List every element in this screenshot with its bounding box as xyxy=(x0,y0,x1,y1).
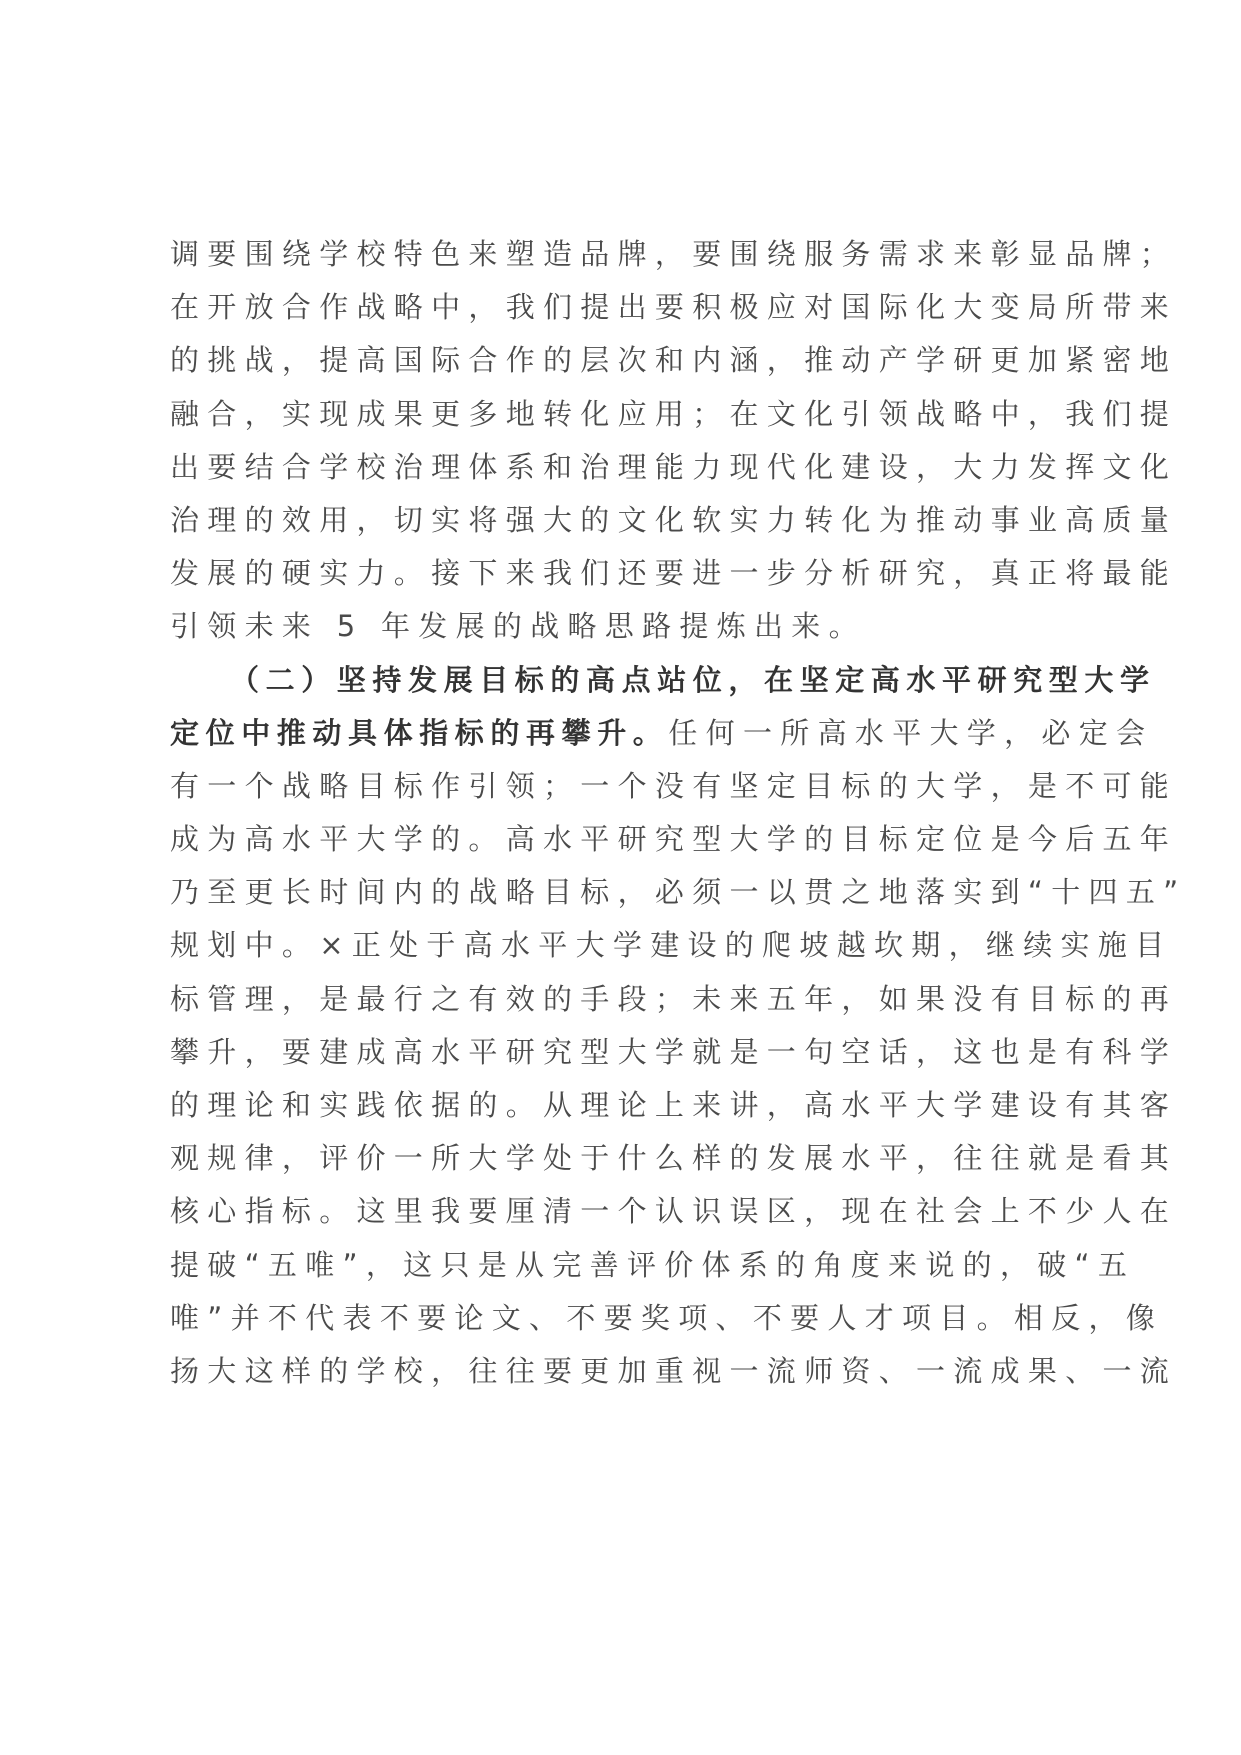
text-line: 的挑战，提高国际合作的层次和内涵，推动产学研更加紧密地 xyxy=(170,342,1080,395)
text-line: 融合，实现成果更多地转化应用；在文化引领战略中，我们提 xyxy=(170,396,1080,449)
text-line: 乃至更长时间内的战略目标，必须一以贯之地落实到“十四五” xyxy=(170,874,1080,927)
section-heading: （二）坚持发展目标的高点站位，在坚定高水平研究型大学 xyxy=(170,662,1080,715)
text-line: 在开放合作战略中，我们提出要积极应对国际化大变局所带来 xyxy=(170,289,1080,342)
text-line: 提破“五唯”，这只是从完善评价体系的角度来说的，破“五 xyxy=(170,1247,1080,1300)
section-heading-continued: 定位中推动具体指标的再攀升。 xyxy=(170,716,668,750)
text-line: 核心指标。这里我要厘清一个认识误区，现在社会上不少人在 xyxy=(170,1193,1080,1246)
text-span: 任何一所高水平大学，必定会 xyxy=(668,716,1153,750)
text-line: 发展的硬实力。接下来我们还要进一步分析研究，真正将最能 xyxy=(170,555,1080,608)
document-page: 调要围绕学校特色来塑造品牌，要围绕服务需求来彰显品牌； 在开放合作战略中，我们提… xyxy=(0,0,1241,1755)
body-text: 调要围绕学校特色来塑造品牌，要围绕服务需求来彰显品牌； 在开放合作战略中，我们提… xyxy=(170,236,1080,1406)
text-line: 出要结合学校治理体系和治理能力现代化建设，大力发挥文化 xyxy=(170,449,1080,502)
paragraph-strategy-summary: 调要围绕学校特色来塑造品牌，要围绕服务需求来彰显品牌； 在开放合作战略中，我们提… xyxy=(170,236,1080,662)
text-line: 的理论和实践依据的。从理论上来讲，高水平大学建设有其客 xyxy=(170,1087,1080,1140)
text-line: 成为高水平大学的。高水平研究型大学的目标定位是今后五年 xyxy=(170,821,1080,874)
text-line: 有一个战略目标作引领；一个没有坚定目标的大学，是不可能 xyxy=(170,768,1080,821)
text-line: 引领未来 5 年发展的战略思路提炼出来。 xyxy=(170,608,1080,661)
text-line: 唯”并不代表不要论文、不要奖项、不要人才项目。相反，像 xyxy=(170,1300,1080,1353)
text-line: 定位中推动具体指标的再攀升。任何一所高水平大学，必定会 xyxy=(170,715,1080,768)
text-line: 标管理，是最行之有效的手段；未来五年，如果没有目标的再 xyxy=(170,981,1080,1034)
text-line: 扬大这样的学校，往往要更加重视一流师资、一流成果、一流 xyxy=(170,1353,1080,1406)
paragraph-section-two: （二）坚持发展目标的高点站位，在坚定高水平研究型大学 定位中推动具体指标的再攀升… xyxy=(170,662,1080,1407)
text-line: 观规律，评价一所大学处于什么样的发展水平，往往就是看其 xyxy=(170,1140,1080,1193)
text-line: 治理的效用，切实将强大的文化软实力转化为推动事业高质量 xyxy=(170,502,1080,555)
text-line: 调要围绕学校特色来塑造品牌，要围绕服务需求来彰显品牌； xyxy=(170,236,1080,289)
text-line: 规划中。×正处于高水平大学建设的爬坡越坎期，继续实施目 xyxy=(170,927,1080,980)
text-line: 攀升，要建成高水平研究型大学就是一句空话，这也是有科学 xyxy=(170,1034,1080,1087)
